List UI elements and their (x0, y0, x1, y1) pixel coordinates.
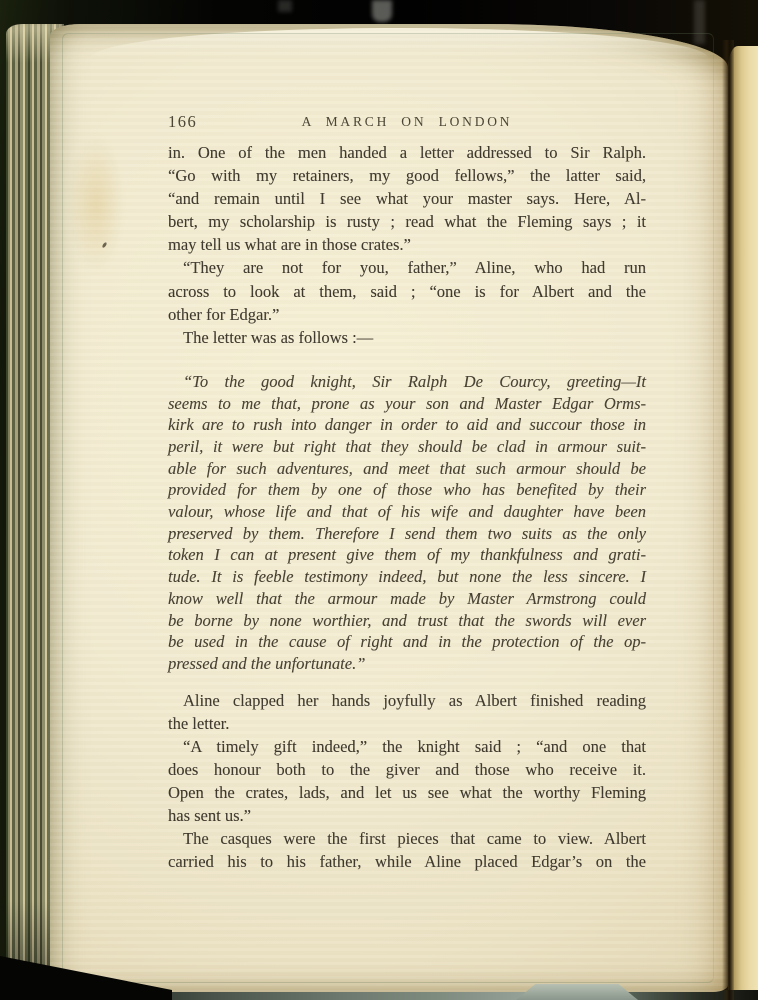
text-line: The casques were the first pieces that c… (168, 827, 646, 850)
text-line: be borne by none worthier, and trust tha… (168, 610, 646, 632)
text-line: “A timely gift indeed,” the knight said … (168, 735, 646, 758)
text-line: does honour both to the giver and those … (168, 758, 646, 781)
text-line: preserved by them. Therefore I send them… (168, 523, 646, 545)
page-header: 166 A MARCH ON LONDON (168, 112, 646, 134)
book-stand-foot (516, 984, 638, 1000)
quoted-letter-paragraph: “To the good knight, Sir Ralph De Courcy… (168, 371, 646, 675)
paragraph: “A timely gift indeed,” the knight said … (168, 735, 646, 827)
text-line: in. One of the men handed a letter addre… (168, 141, 646, 164)
paragraph: in. One of the men handed a letter addre… (168, 141, 646, 256)
text-line: “and remain until I see what your master… (168, 187, 646, 210)
text-line: able for such adventures, and meet that … (168, 458, 646, 480)
text-line: other for Edgar.” (168, 303, 646, 326)
text-line: the letter. (168, 712, 646, 735)
text-line: valour, whose life and that of his wife … (168, 501, 646, 523)
paper-speck (102, 242, 108, 249)
background-artifact (694, 0, 705, 44)
book-gutter-shadow (722, 40, 734, 1000)
text-line: tude. It is feeble testimony indeed, but… (168, 566, 646, 588)
paragraph: Aline clapped her hands joyfully as Albe… (168, 689, 646, 735)
scanned-book-photo: 166 A MARCH ON LONDON in. One of the men… (0, 0, 758, 1000)
background-artifact (372, 0, 392, 22)
paper-stain (56, 104, 136, 304)
text-line: across to look at them, said ; “one is f… (168, 280, 646, 303)
text-line: know well that the armour made by Master… (168, 588, 646, 610)
text-line: “Go with my retainers, my good fellows,”… (168, 164, 646, 187)
text-line: be used in the cause of right and in the… (168, 631, 646, 653)
text-line: has sent us.” (168, 804, 646, 827)
text-line: pressed and the unfortunate.” (168, 653, 646, 675)
text-line: The letter was as follows :— (168, 326, 646, 349)
text-line: bert, my scholarship is rusty ; read wha… (168, 210, 646, 233)
text-line: carried his to his father, while Aline p… (168, 850, 646, 873)
background-artifact (278, 0, 292, 12)
running-header-title: A MARCH ON LONDON (168, 114, 646, 130)
text-line: provided for them by one of those who ha… (168, 479, 646, 501)
text-line: may tell us what are in those crates.” (168, 233, 646, 256)
book-page[interactable]: 166 A MARCH ON LONDON in. One of the men… (50, 24, 728, 992)
text-line: “To the good knight, Sir Ralph De Courcy… (168, 371, 646, 393)
text-line: peril, it were but right that they shoul… (168, 436, 646, 458)
page-text: in. One of the men handed a letter addre… (168, 141, 646, 873)
text-line: seems to me that, prone as your son and … (168, 393, 646, 415)
text-line: Open the crates, lads, and let us see wh… (168, 781, 646, 804)
paragraph: The letter was as follows :— (168, 326, 646, 349)
paragraph: The casques were the first pieces that c… (168, 827, 646, 873)
text-line: kirk are to rush into danger in order to… (168, 414, 646, 436)
paragraph: “They are not for you, father,” Aline, w… (168, 256, 646, 325)
text-line: Aline clapped her hands joyfully as Albe… (168, 689, 646, 712)
text-line: token I can at present give them of my t… (168, 544, 646, 566)
text-line: “They are not for you, father,” Aline, w… (168, 256, 646, 279)
